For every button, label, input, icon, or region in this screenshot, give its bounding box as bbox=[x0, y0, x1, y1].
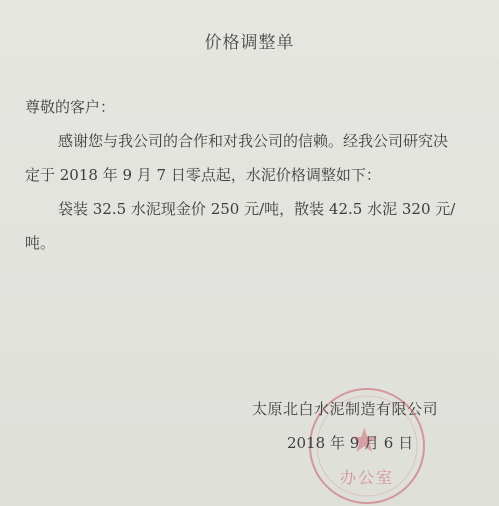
paragraph-1-line-2: 定于 2018 年 9 月 7 日零点起，水泥价格调整如下： bbox=[25, 164, 485, 185]
signature-date: 2018 年 9 月 6 日 bbox=[287, 432, 413, 453]
stamp-label: 办公室 bbox=[311, 465, 423, 488]
paragraph-2-line-1: 袋装 32.5 水泥现金价 250 元/吨，散装 42.5 水泥 320 元/ bbox=[58, 198, 499, 219]
paragraph-1-line-1: 感谢您与我公司的合作和对我公司的信赖。经我公司研究决 bbox=[58, 130, 499, 151]
salutation: 尊敬的客户： bbox=[25, 96, 115, 117]
paragraph-2-line-2: 吨。 bbox=[25, 232, 485, 253]
document-title: 价格调整单 bbox=[0, 28, 499, 53]
document-page: 价格调整单 尊敬的客户： 感谢您与我公司的合作和对我公司的信赖。经我公司研究决 … bbox=[0, 0, 499, 506]
signature-company: 太原北白水泥制造有限公司 bbox=[252, 398, 438, 419]
